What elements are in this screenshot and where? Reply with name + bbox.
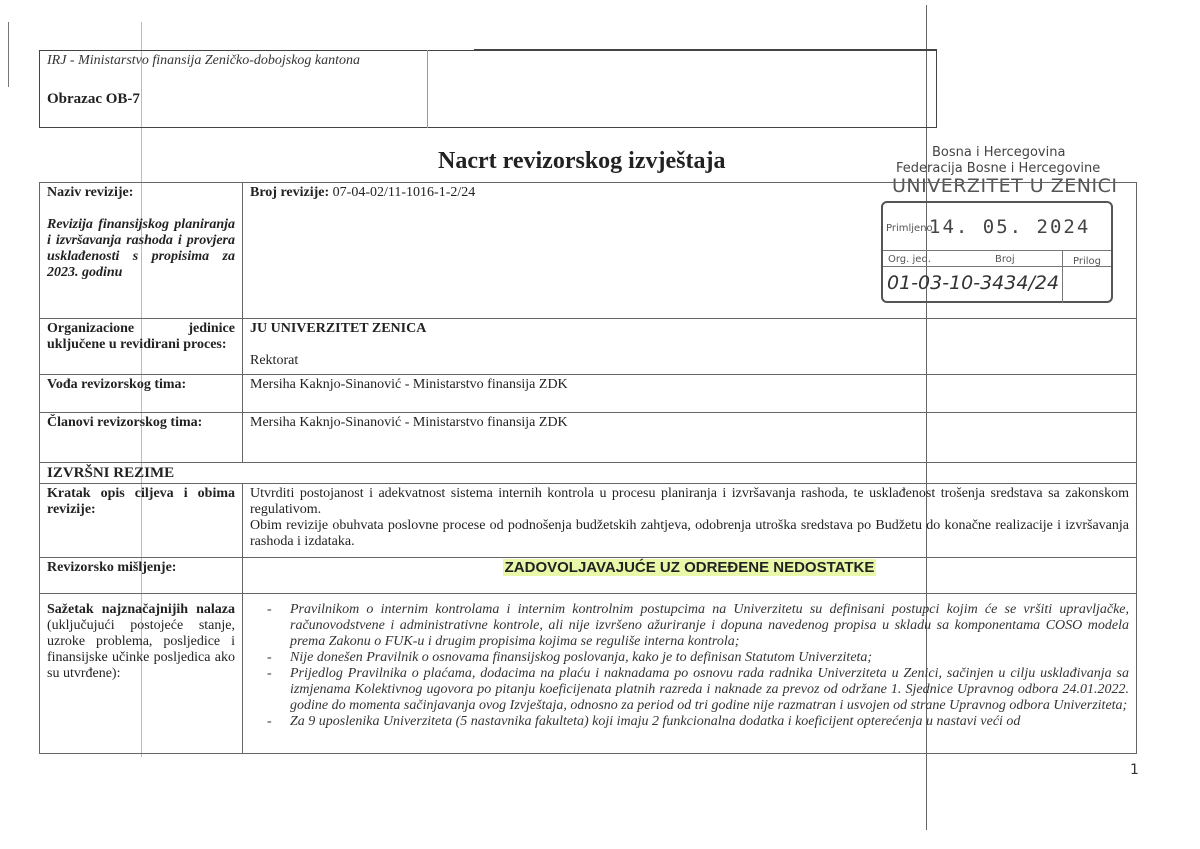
findings-label-cell: Sažetak najznačajnijih nalaza (uključuju… <box>40 594 243 754</box>
list-item: Nije donešen Pravilnik o osnovama finans… <box>250 650 1129 666</box>
org-units-sub: Rektorat <box>250 353 1129 369</box>
audit-opinion-badge: ZADOVOLJAVAJUĆE UZ ODREĐENE NEDOSTATKE <box>503 559 877 576</box>
audit-number-value: 07-04-02/11-1016-1-2/24 <box>333 185 476 200</box>
scan-artifact-line <box>8 22 9 87</box>
table-row: Sažetak najznačajnijih nalaza (uključuju… <box>40 594 1137 754</box>
table-row: Kratak opis ciljeva i obima revizije: Ut… <box>40 484 1137 558</box>
stamp-entity: Federacija Bosne i Hercegovine <box>896 161 1100 176</box>
org-units-main: JU UNIVERZITET ZENICA <box>250 321 1129 337</box>
scope-objective: Utvrditi postojanost i adekvatnost siste… <box>250 486 1129 518</box>
team-lead-value: Mersiha Kaknjo-Sinanović - Ministarstvo … <box>243 375 1137 413</box>
team-members-value: Mersiha Kaknjo-Sinanović - Ministarstvo … <box>243 413 1137 463</box>
table-row: Članovi revizorskog tima: Mersiha Kaknjo… <box>40 413 1137 463</box>
scope-label: Kratak opis ciljeva i obima revizije: <box>40 484 243 558</box>
team-lead-label: Vođa revizorskog tima: <box>40 375 243 413</box>
audit-name-label: Naziv revizije: <box>47 185 235 201</box>
findings-list: Pravilnikom o internim kontrolama i inte… <box>250 602 1129 730</box>
form-header-topline <box>474 49 937 50</box>
audit-name-cell: Naziv revizije: Revizija finansijskog pl… <box>40 183 243 319</box>
list-item: Prijedlog Pravilnika o plaćama, dodacima… <box>250 666 1129 714</box>
opinion-label: Revizorsko mišljenje: <box>40 558 243 594</box>
audit-report-table: Naziv revizije: Revizija finansijskog pl… <box>39 182 1137 754</box>
opinion-cell: ZADOVOLJAVAJUĆE UZ ODREĐENE NEDOSTATKE <box>243 558 1137 594</box>
list-item: Za 9 uposlenika Univerziteta (5 nastavni… <box>250 714 1129 730</box>
findings-cell: Pravilnikom o internim kontrolama i inte… <box>243 594 1137 754</box>
org-units-cell: JU UNIVERZITET ZENICA Rektorat <box>243 319 1137 375</box>
scope-extent: Obim revizije obuhvata poslovne procese … <box>250 518 1129 550</box>
stamp-country: Bosna i Hercegovina <box>932 145 1065 160</box>
audit-name-value: Revizija finansijskog planiranja i izvrš… <box>47 217 235 281</box>
form-code: Obrazac OB-7 <box>47 91 140 108</box>
executive-summary-heading: IZVRŠNI REZIME <box>40 463 1137 484</box>
table-row: Vođa revizorskog tima: Mersiha Kaknjo-Si… <box>40 375 1137 413</box>
org-units-label: Organizacione jedinice uključene u revid… <box>40 319 243 375</box>
page-number: 1 <box>1130 762 1139 778</box>
list-item: Pravilnikom o internim kontrolama i inte… <box>250 602 1129 650</box>
audit-number-label: Broj revizije: <box>250 185 329 200</box>
scope-cell: Utvrditi postojanost i adekvatnost siste… <box>243 484 1137 558</box>
audit-number-cell: Broj revizije: 07-04-02/11-1016-1-2/24 <box>243 183 1137 319</box>
table-row: Revizorsko mišljenje: ZADOVOLJAVAJUĆE UZ… <box>40 558 1137 594</box>
document-title: Nacrt revizorskog izvještaja <box>438 148 725 175</box>
team-members-label: Članovi revizorskog tima: <box>40 413 243 463</box>
table-row: Organizacione jedinice uključene u revid… <box>40 319 1137 375</box>
institution-name: IRJ - Ministarstvo finansija Zeničko-dob… <box>47 53 360 69</box>
table-row: IZVRŠNI REZIME <box>40 463 1137 484</box>
table-row: Naziv revizije: Revizija finansijskog pl… <box>40 183 1137 319</box>
findings-label-rest: (uključujući postojeće stanje, uzroke pr… <box>47 618 235 681</box>
findings-label-bold: Sažetak najznačajnijih nalaza <box>47 602 235 617</box>
